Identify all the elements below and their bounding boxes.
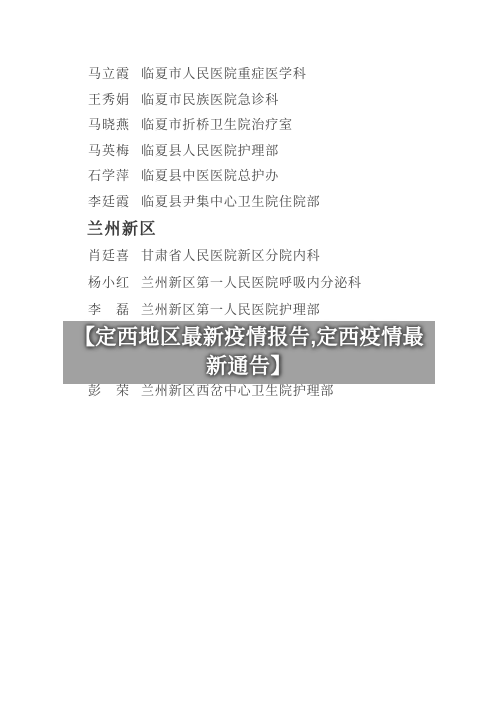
staff-department: 兰州新区西岔中心卫生院护理部	[141, 383, 334, 398]
subtitle-line1: 【定西地区最新疫情报告,定西疫情最	[63, 323, 435, 352]
staff-department: 兰州新区第一人民医院呼吸内分泌科	[141, 275, 362, 290]
staff-row: 王秀娟临夏市民族医院急诊科	[88, 87, 488, 113]
staff-department: 临夏市民族医院急诊科	[141, 92, 279, 107]
staff-name: 李廷霞	[88, 189, 130, 215]
subtitle-line2: 新通告】	[63, 352, 435, 381]
staff-department: 临夏市折桥卫生院治疗室	[141, 117, 293, 132]
staff-row: 李 磊兰州新区第一人民医院护理部	[88, 297, 488, 324]
staff-list: 马立霞临夏市人民医院重症医学科王秀娟临夏市民族医院急诊科马晓燕临夏市折桥卫生院治…	[88, 61, 488, 214]
staff-name: 马晓燕	[88, 112, 130, 138]
staff-row: 李廷霞临夏县尹集中心卫生院住院部	[88, 189, 488, 215]
staff-name: 王秀娟	[88, 87, 130, 113]
staff-department: 甘肃省人民医院新区分院内科	[141, 248, 320, 263]
staff-department: 临夏县尹集中心卫生院住院部	[141, 194, 320, 209]
staff-row: 马立霞临夏市人民医院重症医学科	[88, 61, 488, 87]
subtitle-banner: 【定西地区最新疫情报告,定西疫情最 新通告】	[63, 321, 435, 384]
staff-name: 马立霞	[88, 61, 130, 87]
staff-department: 临夏县中医医院总护办	[141, 168, 279, 183]
staff-row: 石学萍临夏县中医医院总护办	[88, 163, 488, 189]
staff-department: 临夏市人民医院重症医学科	[141, 66, 307, 81]
section-header: 兰州新区	[87, 216, 488, 243]
staff-name: 李 磊	[88, 297, 130, 324]
staff-name: 肖廷喜	[88, 243, 130, 270]
staff-row: 肖廷喜甘肃省人民医院新区分院内科	[88, 243, 488, 270]
staff-name: 石学萍	[88, 163, 130, 189]
page: 马立霞临夏市人民医院重症医学科王秀娟临夏市民族医院急诊科马晓燕临夏市折桥卫生院治…	[0, 0, 500, 706]
staff-name: 马英梅	[88, 138, 130, 164]
staff-department: 临夏县人民医院护理部	[141, 143, 279, 158]
staff-row: 杨小红兰州新区第一人民医院呼吸内分泌科	[88, 270, 488, 297]
staff-department: 兰州新区第一人民医院护理部	[141, 302, 320, 317]
staff-name: 杨小红	[88, 270, 130, 297]
staff-row: 马英梅临夏县人民医院护理部	[88, 138, 488, 164]
staff-row: 马晓燕临夏市折桥卫生院治疗室	[88, 112, 488, 138]
